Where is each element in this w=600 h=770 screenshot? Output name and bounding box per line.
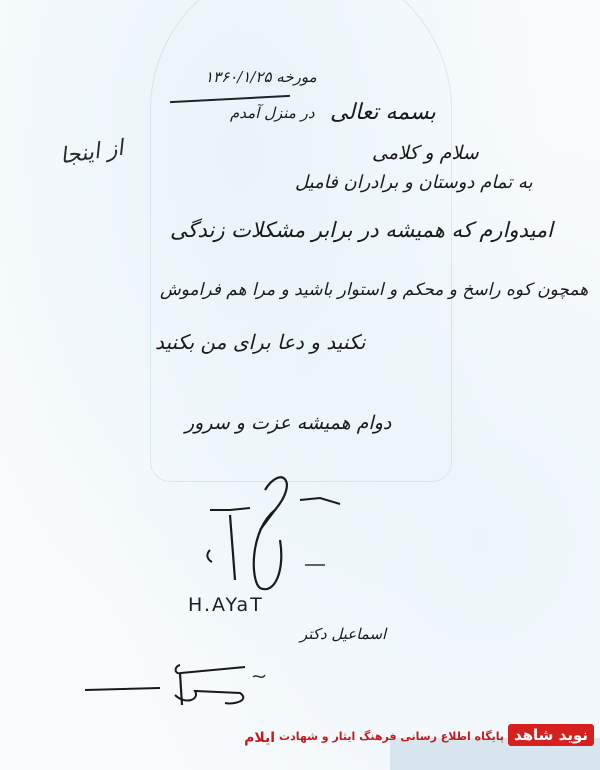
body-line-3: همچون کوه راسخ و محکم و استوار باشید و م… bbox=[160, 280, 588, 300]
watermark-city: ایلام bbox=[244, 730, 275, 746]
footer-note: اسماعیل دکتر bbox=[300, 625, 386, 643]
body-line-4: نکنید و دعا برای من بکنید bbox=[155, 330, 366, 354]
closing-line: دوام همیشه عزت و سرور bbox=[185, 412, 391, 434]
navid-shahed-logo: نوید شاهد bbox=[508, 724, 594, 746]
signature-latin-name: H.AYaT bbox=[188, 594, 264, 616]
greeting-line: سلام و کلامی bbox=[372, 142, 479, 164]
date-line: مورخه ۱۳۶۰/۱/۲۵ bbox=[205, 68, 317, 86]
body-line-1: به تمام دوستان و برادران فامیل bbox=[295, 172, 533, 193]
watermark: نوید شاهد پایگاه اطلاع رسانی فرهنگ ایثار… bbox=[244, 724, 594, 746]
body-line-2: امیدوارم که همیشه در برابر مشکلات زندگی bbox=[170, 218, 553, 242]
location-line: در منزل آمدم bbox=[230, 104, 315, 122]
bismillah-line: بسمه تعالی bbox=[330, 100, 436, 125]
watermark-caption: پایگاه اطلاع رسانی فرهنگ ایثار و شهادت bbox=[279, 730, 504, 746]
bottom-signature-scribble bbox=[85, 655, 285, 715]
